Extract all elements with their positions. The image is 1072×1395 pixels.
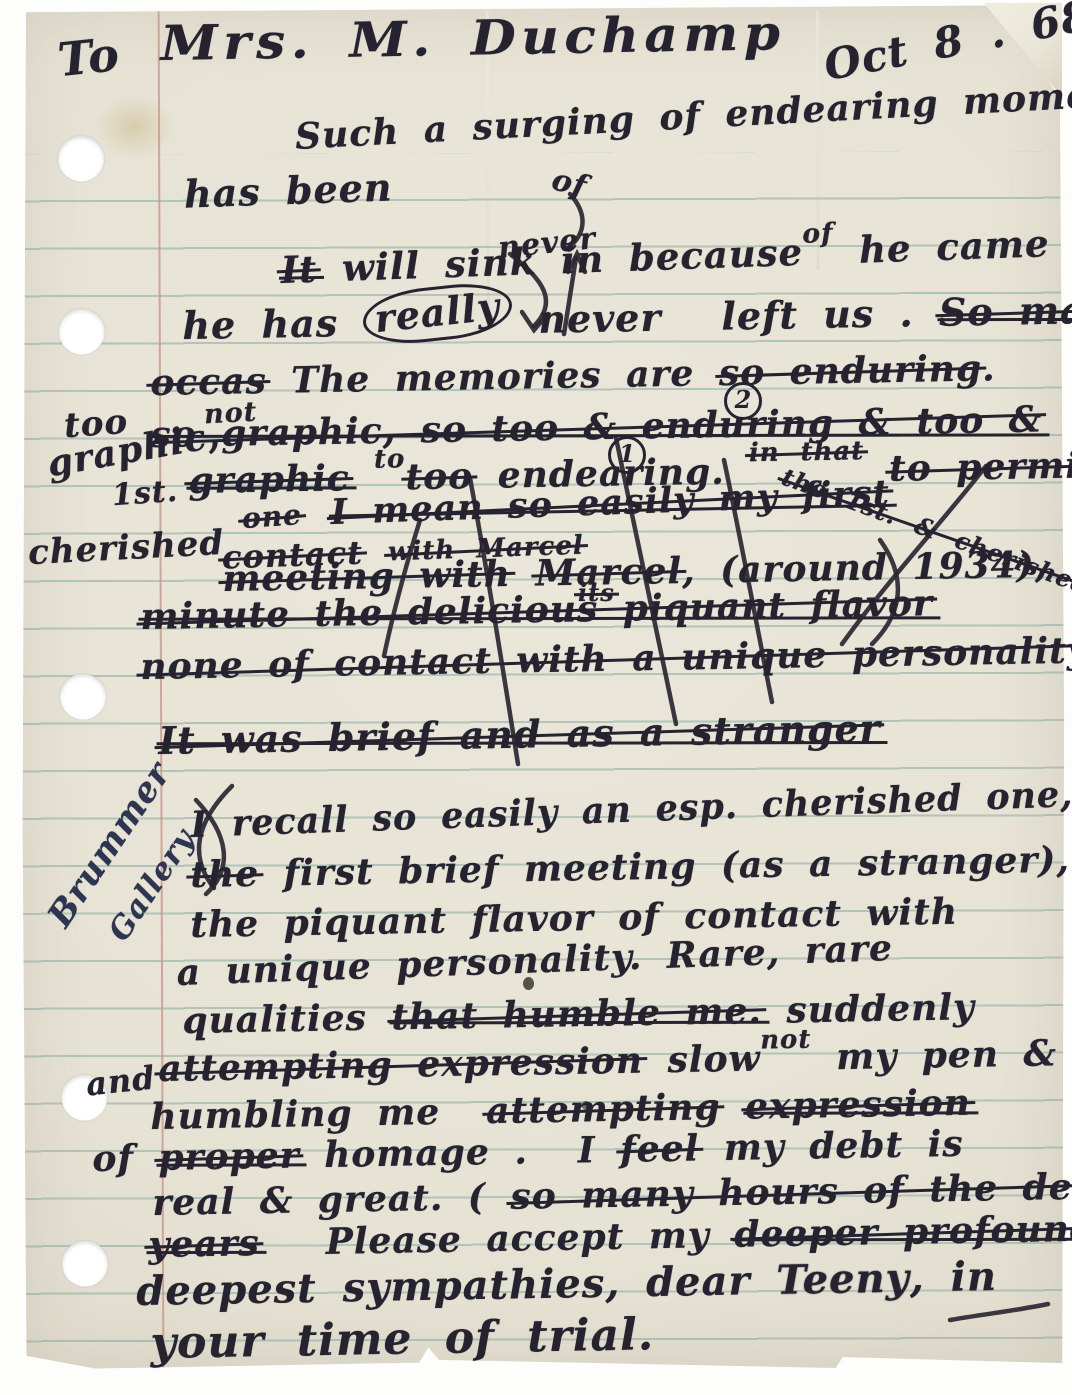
text-run xyxy=(694,352,719,394)
struck-word: feel xyxy=(620,1127,700,1170)
struck-word: It xyxy=(280,247,318,292)
text-run xyxy=(833,228,859,273)
line-first-meeting: the first brief meeting (as a stranger), xyxy=(190,839,1070,896)
inserted-word: to xyxy=(374,444,406,475)
struck-phrase: attempting expression xyxy=(158,1040,643,1090)
text-run: , in xyxy=(909,1253,997,1302)
recipient-nickname: Teeny xyxy=(776,1255,910,1304)
margin-note-1st: 1st. xyxy=(111,474,179,514)
struck-phrase: So many xyxy=(938,286,1072,334)
text-run xyxy=(662,330,722,331)
struck-word: the xyxy=(190,853,259,896)
text-run xyxy=(643,1039,668,1081)
text-run xyxy=(913,290,939,335)
line-i-recall: I recall so easily an esp. cherished one… xyxy=(190,773,1072,846)
text-run: my debt is xyxy=(723,1123,964,1169)
insert-its-struck: its xyxy=(578,578,615,607)
text-run: suddenly xyxy=(786,986,975,1031)
text-run xyxy=(709,1214,734,1256)
line-has-been: has been xyxy=(183,164,393,216)
text-run: I xyxy=(577,1129,596,1171)
salutation-to: To xyxy=(55,27,122,87)
struck-phrase: deeper profoundest xyxy=(734,1206,1072,1255)
text-run: Please accept my xyxy=(325,1214,710,1263)
struck-word: one xyxy=(241,498,303,535)
text-run: will sink in because xyxy=(341,230,803,290)
text-run: real & great. ( xyxy=(152,1176,486,1224)
text-run xyxy=(338,300,364,345)
struck-word: years xyxy=(148,1222,260,1266)
margin-note-cherished: cherished xyxy=(27,523,225,573)
text-run: The memories are xyxy=(291,353,695,402)
text-run: of xyxy=(92,1137,134,1180)
line-never-left-us: he has really never left us . So many xyxy=(182,283,1072,354)
inserted-word: not xyxy=(760,1025,812,1056)
text-run: never xyxy=(538,295,662,342)
text-run: homage . xyxy=(324,1130,528,1176)
text-run xyxy=(811,1036,836,1078)
recipient-name: Mrs. M. Duchamp xyxy=(160,5,786,72)
handwriting-layer: To Mrs. M. Duchamp Oct 8 . 68. Such a su… xyxy=(0,0,1072,1395)
text-run: he came xyxy=(858,221,1050,272)
line-the-memories: occas The memories are so enduring. xyxy=(150,347,996,404)
text-run: deepest sympathies, dear xyxy=(136,1257,777,1315)
struck-word: proper xyxy=(158,1134,300,1178)
line-time-of-trial: your time of trial. xyxy=(150,1309,654,1369)
struck-phrase: none of contact with a unique personalit… xyxy=(140,629,1072,688)
text-run xyxy=(528,1163,578,1164)
line-contact-unique-struck: none of contact with a unique personalit… xyxy=(140,629,1072,688)
line-brief-stranger-struck: It was brief and as a stranger xyxy=(158,705,881,763)
text-run xyxy=(485,1176,510,1218)
text-run: qualities xyxy=(182,997,367,1042)
text-run xyxy=(1048,576,1072,577)
text-run xyxy=(366,996,391,1038)
struck-phrase: that humble me. xyxy=(391,990,762,1038)
circled-word: really xyxy=(360,279,515,348)
text-run xyxy=(440,1123,486,1124)
struck-word: expression xyxy=(745,1082,972,1128)
text-run: slow xyxy=(667,1037,761,1081)
inserted-word: of xyxy=(802,218,834,250)
text-run: he has xyxy=(182,300,338,348)
line-rare-qualities: qualities that humble me. suddenly xyxy=(182,986,975,1042)
margin-note-and: and xyxy=(84,1058,157,1103)
struck-phrase: so enduring xyxy=(719,347,983,394)
struck-insert: its xyxy=(578,578,615,607)
text-run: my pen & xyxy=(836,1032,1058,1078)
scanned-letter: To Mrs. M. Duchamp Oct 8 . 68. Such a su… xyxy=(0,0,1072,1395)
text-run: humbling me xyxy=(150,1091,441,1138)
struck-phrase: to permit it xyxy=(889,443,1072,490)
text-run: left us . xyxy=(721,290,914,338)
inserted-struck-phrase: in that xyxy=(749,436,865,468)
line-attempting-expression: attempting expression slownot my pen & xyxy=(158,1032,1057,1090)
circled-number-1: 1 xyxy=(608,436,646,474)
text-run: first brief meeting (as a stranger), xyxy=(283,839,1070,895)
line-opening: Such a surging of endearing moments xyxy=(294,71,1072,158)
insert-of: of xyxy=(548,162,590,204)
struck-word: graphic xyxy=(188,457,350,502)
word-one-struck: one xyxy=(241,498,303,535)
line-will-sink-in: It will sink in becauseof he came xyxy=(280,221,1050,292)
text-run xyxy=(260,1254,326,1255)
struck-phrase: It was brief and as a stranger xyxy=(158,705,881,763)
text-run xyxy=(513,297,539,342)
struck-word: attempting xyxy=(486,1086,721,1132)
